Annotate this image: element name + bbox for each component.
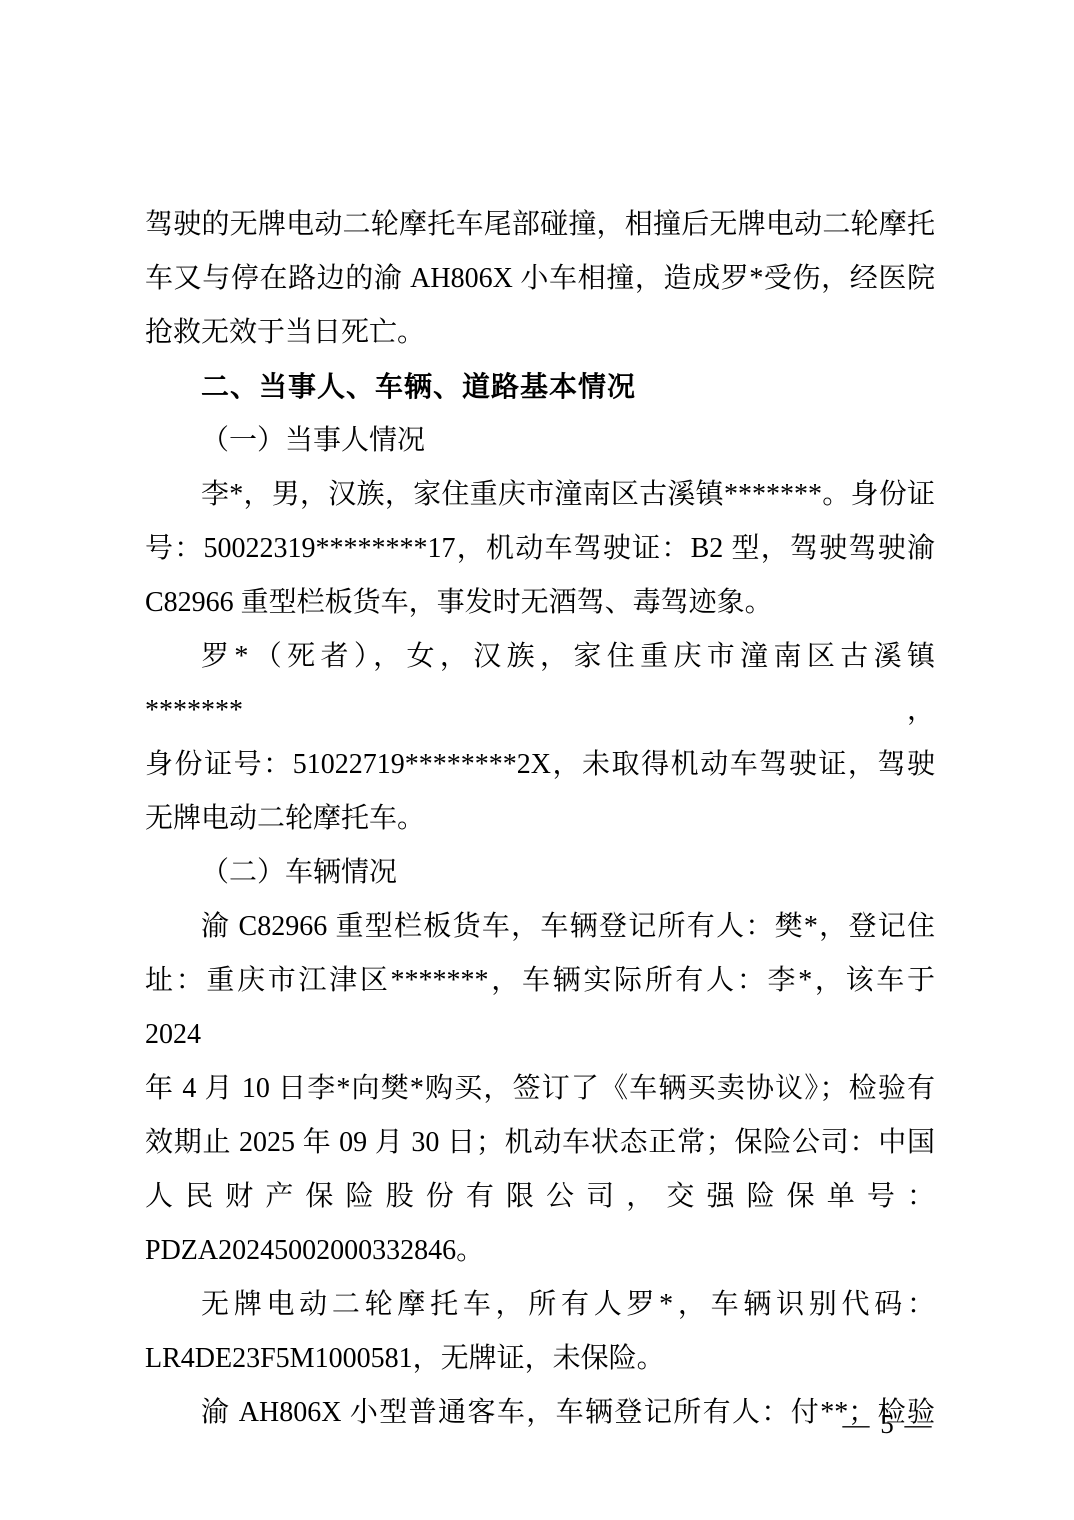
subsection-2-heading: （二）车辆情况 bbox=[145, 846, 935, 900]
document-body: 驾驶的无牌电动二轮摩托车尾部碰撞，相撞后无牌电动二轮摩托 车又与停在路边的渝 A… bbox=[145, 198, 935, 1440]
document-page: 驾驶的无牌电动二轮摩托车尾部碰撞，相撞后无牌电动二轮摩托 车又与停在路边的渝 A… bbox=[0, 0, 1074, 1520]
section-heading-text: 二、当事人、车辆、道路基本情况 bbox=[145, 360, 935, 414]
paragraph-accident-summary: 驾驶的无牌电动二轮摩托车尾部碰撞，相撞后无牌电动二轮摩托 车又与停在路边的渝 A… bbox=[145, 198, 935, 360]
subsection-heading-text: （一）当事人情况 bbox=[145, 414, 935, 468]
text-line: 址：重庆市江津区*******，车辆实际所有人：李*，该车于 2024 bbox=[145, 954, 935, 1062]
text-line: 渝 AH806X 小型普通客车，车辆登记所有人：付**；检验 bbox=[145, 1386, 935, 1440]
text-line: 驾驶的无牌电动二轮摩托车尾部碰撞，相撞后无牌电动二轮摩托 bbox=[145, 198, 935, 252]
page-number: — 5 — bbox=[838, 1404, 938, 1444]
text-line: 人民财产保险股份有限公司，交强险保单号： bbox=[145, 1170, 935, 1224]
text-line: LR4DE23F5M1000581，无牌证，未保险。 bbox=[145, 1332, 935, 1386]
text-line: 车又与停在路边的渝 AH806X 小车相撞，造成罗*受伤，经医院 bbox=[145, 252, 935, 306]
paragraph-party-li: 李*，男，汉族，家住重庆市潼南区古溪镇*******。身份证 号：5002231… bbox=[145, 468, 935, 630]
section-heading: 二、当事人、车辆、道路基本情况 bbox=[145, 360, 935, 414]
text-line: 渝 C82966 重型栏板货车，车辆登记所有人：樊*，登记住 bbox=[145, 900, 935, 954]
subsection-1-heading: （一）当事人情况 bbox=[145, 414, 935, 468]
text-line: 罗*（死者），女，汉族，家住重庆市潼南区古溪镇*******， bbox=[145, 630, 935, 738]
text-line: 号：50022319********17，机动车驾驶证：B2 型，驾驶驾驶渝 bbox=[145, 522, 935, 576]
text-line: 效期止 2025 年 09 月 30 日；机动车状态正常；保险公司：中国 bbox=[145, 1116, 935, 1170]
text-line: PDZA20245002000332846。 bbox=[145, 1224, 935, 1278]
text-line: C82966 重型栏板货车，事发时无酒驾、毒驾迹象。 bbox=[145, 576, 935, 630]
text-line: 身份证号：51022719********2X，未取得机动车驾驶证，驾驶 bbox=[145, 738, 935, 792]
text-line: 抢救无效于当日死亡。 bbox=[145, 306, 935, 360]
paragraph-party-luo: 罗*（死者），女，汉族，家住重庆市潼南区古溪镇*******， 身份证号：510… bbox=[145, 630, 935, 846]
text-line: 李*，男，汉族，家住重庆市潼南区古溪镇*******。身份证 bbox=[145, 468, 935, 522]
text-line: 无牌电动二轮摩托车，所有人罗*，车辆识别代码： bbox=[145, 1278, 935, 1332]
text-line: 年 4 月 10 日李*向樊*购买，签订了《车辆买卖协议》；检验有 bbox=[145, 1062, 935, 1116]
subsection-heading-text: （二）车辆情况 bbox=[145, 846, 935, 900]
paragraph-vehicle-car: 渝 AH806X 小型普通客车，车辆登记所有人：付**；检验 bbox=[145, 1386, 935, 1440]
paragraph-vehicle-motorcycle: 无牌电动二轮摩托车，所有人罗*，车辆识别代码： LR4DE23F5M100058… bbox=[145, 1278, 935, 1386]
text-line: 无牌电动二轮摩托车。 bbox=[145, 792, 935, 846]
paragraph-vehicle-truck: 渝 C82966 重型栏板货车，车辆登记所有人：樊*，登记住 址：重庆市江津区*… bbox=[145, 900, 935, 1278]
